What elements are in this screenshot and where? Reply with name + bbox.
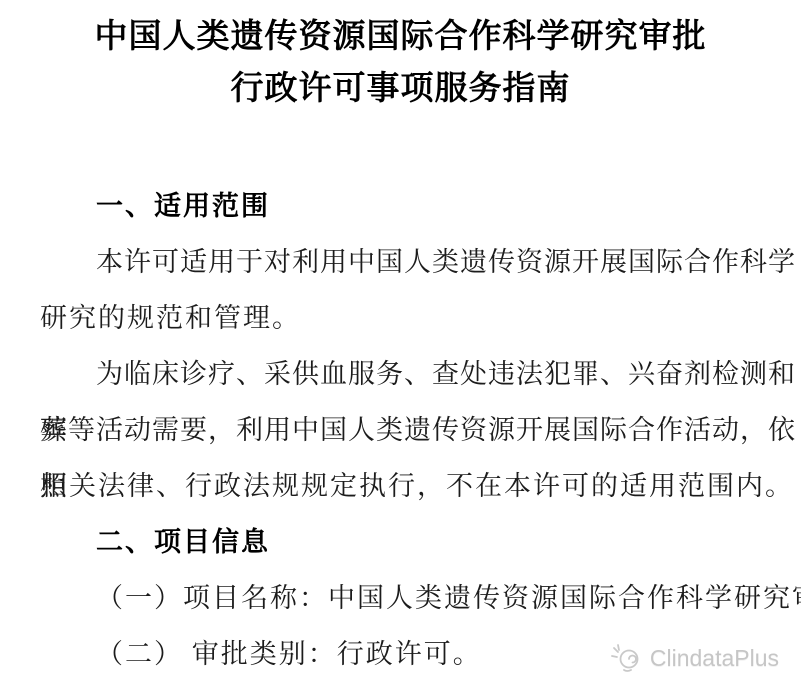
section-2-item-1: （一）项目名称：中国人类遗传资源国际合作科学研究审批。 (40, 570, 795, 626)
section-1-heading: 一、适用范围 (40, 178, 795, 234)
document-body: 一、适用范围 本许可适用于对利用中国人类遗传资源开展国际合作科学 研究的规范和管… (40, 178, 795, 682)
section-1-paragraph-1-line-2: 研究的规范和管理。 (40, 290, 795, 346)
document-title-line-1: 中国人类遗传资源国际合作科学研究审批 (0, 10, 801, 62)
document-title-line-2: 行政许可事项服务指南 (0, 62, 801, 114)
watermark-brand-text: ClindataPlus (650, 645, 779, 672)
section-1-paragraph-1-line-1: 本许可适用于对利用中国人类遗传资源开展国际合作科学 (40, 234, 795, 290)
document-title: 中国人类遗传资源国际合作科学研究审批 行政许可事项服务指南 (0, 10, 801, 114)
section-2-heading: 二、项目信息 (40, 514, 795, 570)
section-1-paragraph-2-line-2: 葬等活动需要，利用中国人类遗传资源开展国际合作活动，依照 (40, 402, 795, 458)
watermark: ClindataPlus (610, 643, 779, 673)
section-1-paragraph-2-line-3: 相关法律、行政法规规定执行，不在本许可的适用范围内。 (40, 458, 795, 514)
clindataplus-logo-icon (610, 643, 644, 673)
section-1-paragraph-2-line-1: 为临床诊疗、采供血服务、查处违法犯罪、兴奋剂检测和殡 (40, 346, 795, 402)
document-page: 中国人类遗传资源国际合作科学研究审批 行政许可事项服务指南 一、适用范围 本许可… (0, 0, 801, 686)
